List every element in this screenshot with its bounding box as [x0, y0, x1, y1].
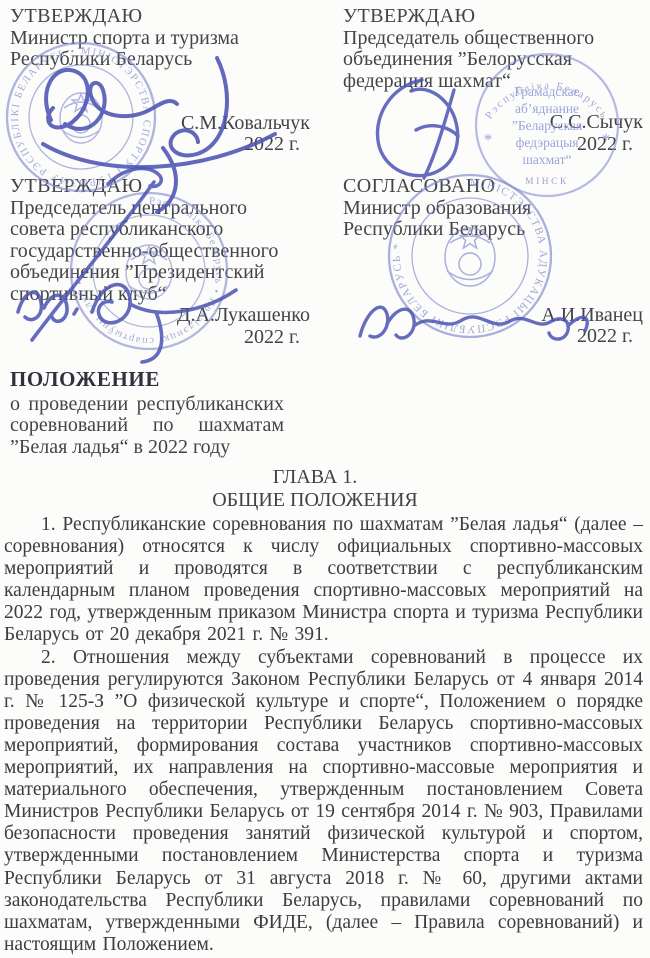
approval-org-line: Республики Беларусь [343, 219, 645, 241]
document-title: ПОЛОЖЕНИЕ [10, 369, 284, 391]
paragraph-1: 1. Республиканские соревнования по шахма… [4, 514, 643, 647]
document-subtitle-line: соревнований по шахматам [10, 415, 284, 437]
signature-year: 2022 г. [343, 326, 645, 348]
paragraph-2: 2. Отношения между субъектами соревнован… [4, 647, 643, 956]
approval-org-line: Республики Беларусь [10, 49, 312, 71]
approval-org-line: Председатель общественного [343, 28, 645, 50]
approval-signatory: С.М.Ковальчук 2022 г. [10, 113, 312, 156]
approval-block-president-club: УТВЕРЖДАЮ Председатель центрального сове… [10, 176, 312, 348]
approval-block-sport-minister: УТВЕРЖДАЮ Министр спорта и туризма Респу… [10, 6, 312, 156]
document-body: 1. Республиканские соревнования по шахма… [4, 514, 643, 956]
approval-type-label: УТВЕРЖДАЮ [10, 6, 312, 28]
approval-org-line: государственно-общественного [10, 241, 312, 263]
chapter-heading: ГЛАВА 1. ОБЩИЕ ПОЛОЖЕНИЯ [4, 466, 626, 512]
approval-org-line: Министр образования [343, 198, 645, 220]
approval-signatory: А.И.Иванец 2022 г. [343, 305, 645, 348]
approval-signatory: С.С.Сычук 2022 г. [343, 112, 645, 155]
approval-signatory: Д.А.Лукашенко 2022 г. [10, 305, 312, 348]
signatory-name: С.С.Сычук [343, 112, 645, 134]
approval-org-line: спортивный клуб“ [10, 284, 312, 306]
approval-org-line: объединения ”Белорусская [343, 49, 645, 71]
approval-type-label: УТВЕРЖДАЮ [10, 176, 312, 198]
signature-year: 2022 г. [343, 134, 645, 156]
approval-block-chess-federation: УТВЕРЖДАЮ Председатель общественного объ… [343, 6, 645, 155]
document-subtitle-line: о проведении республиканских [10, 394, 284, 416]
document-page: УТВЕРЖДАЮ Министр спорта и туризма Респу… [0, 0, 650, 958]
signatory-name: С.М.Ковальчук [10, 113, 312, 135]
document-subtitle-line: ”Белая ладья“ в 2022 году [10, 437, 284, 459]
signatory-name: А.И.Иванец [343, 305, 645, 327]
approval-type-label: СОГЛАСОВАНО [343, 176, 645, 198]
approval-org-line: федерация шахмат“ [343, 71, 645, 93]
approval-org-line: совета республиканского [10, 219, 312, 241]
signatory-name: Д.А.Лукашенко [10, 305, 312, 327]
approval-block-education-minister: СОГЛАСОВАНО Министр образования Республи… [343, 176, 645, 348]
chapter-title: ОБЩИЕ ПОЛОЖЕНИЯ [4, 489, 626, 512]
document-title-block: ПОЛОЖЕНИЕ о проведении республиканских с… [10, 369, 284, 458]
approval-org-line: Министр спорта и туризма [10, 28, 312, 50]
approval-org-line: объединения ”Президентский [10, 262, 312, 284]
approval-org-line: Председатель центрального [10, 198, 312, 220]
signature-year: 2022 г. [10, 327, 312, 349]
signature-year: 2022 г. [10, 134, 312, 156]
approval-type-label: УТВЕРЖДАЮ [343, 6, 645, 28]
chapter-number: ГЛАВА 1. [4, 466, 626, 489]
